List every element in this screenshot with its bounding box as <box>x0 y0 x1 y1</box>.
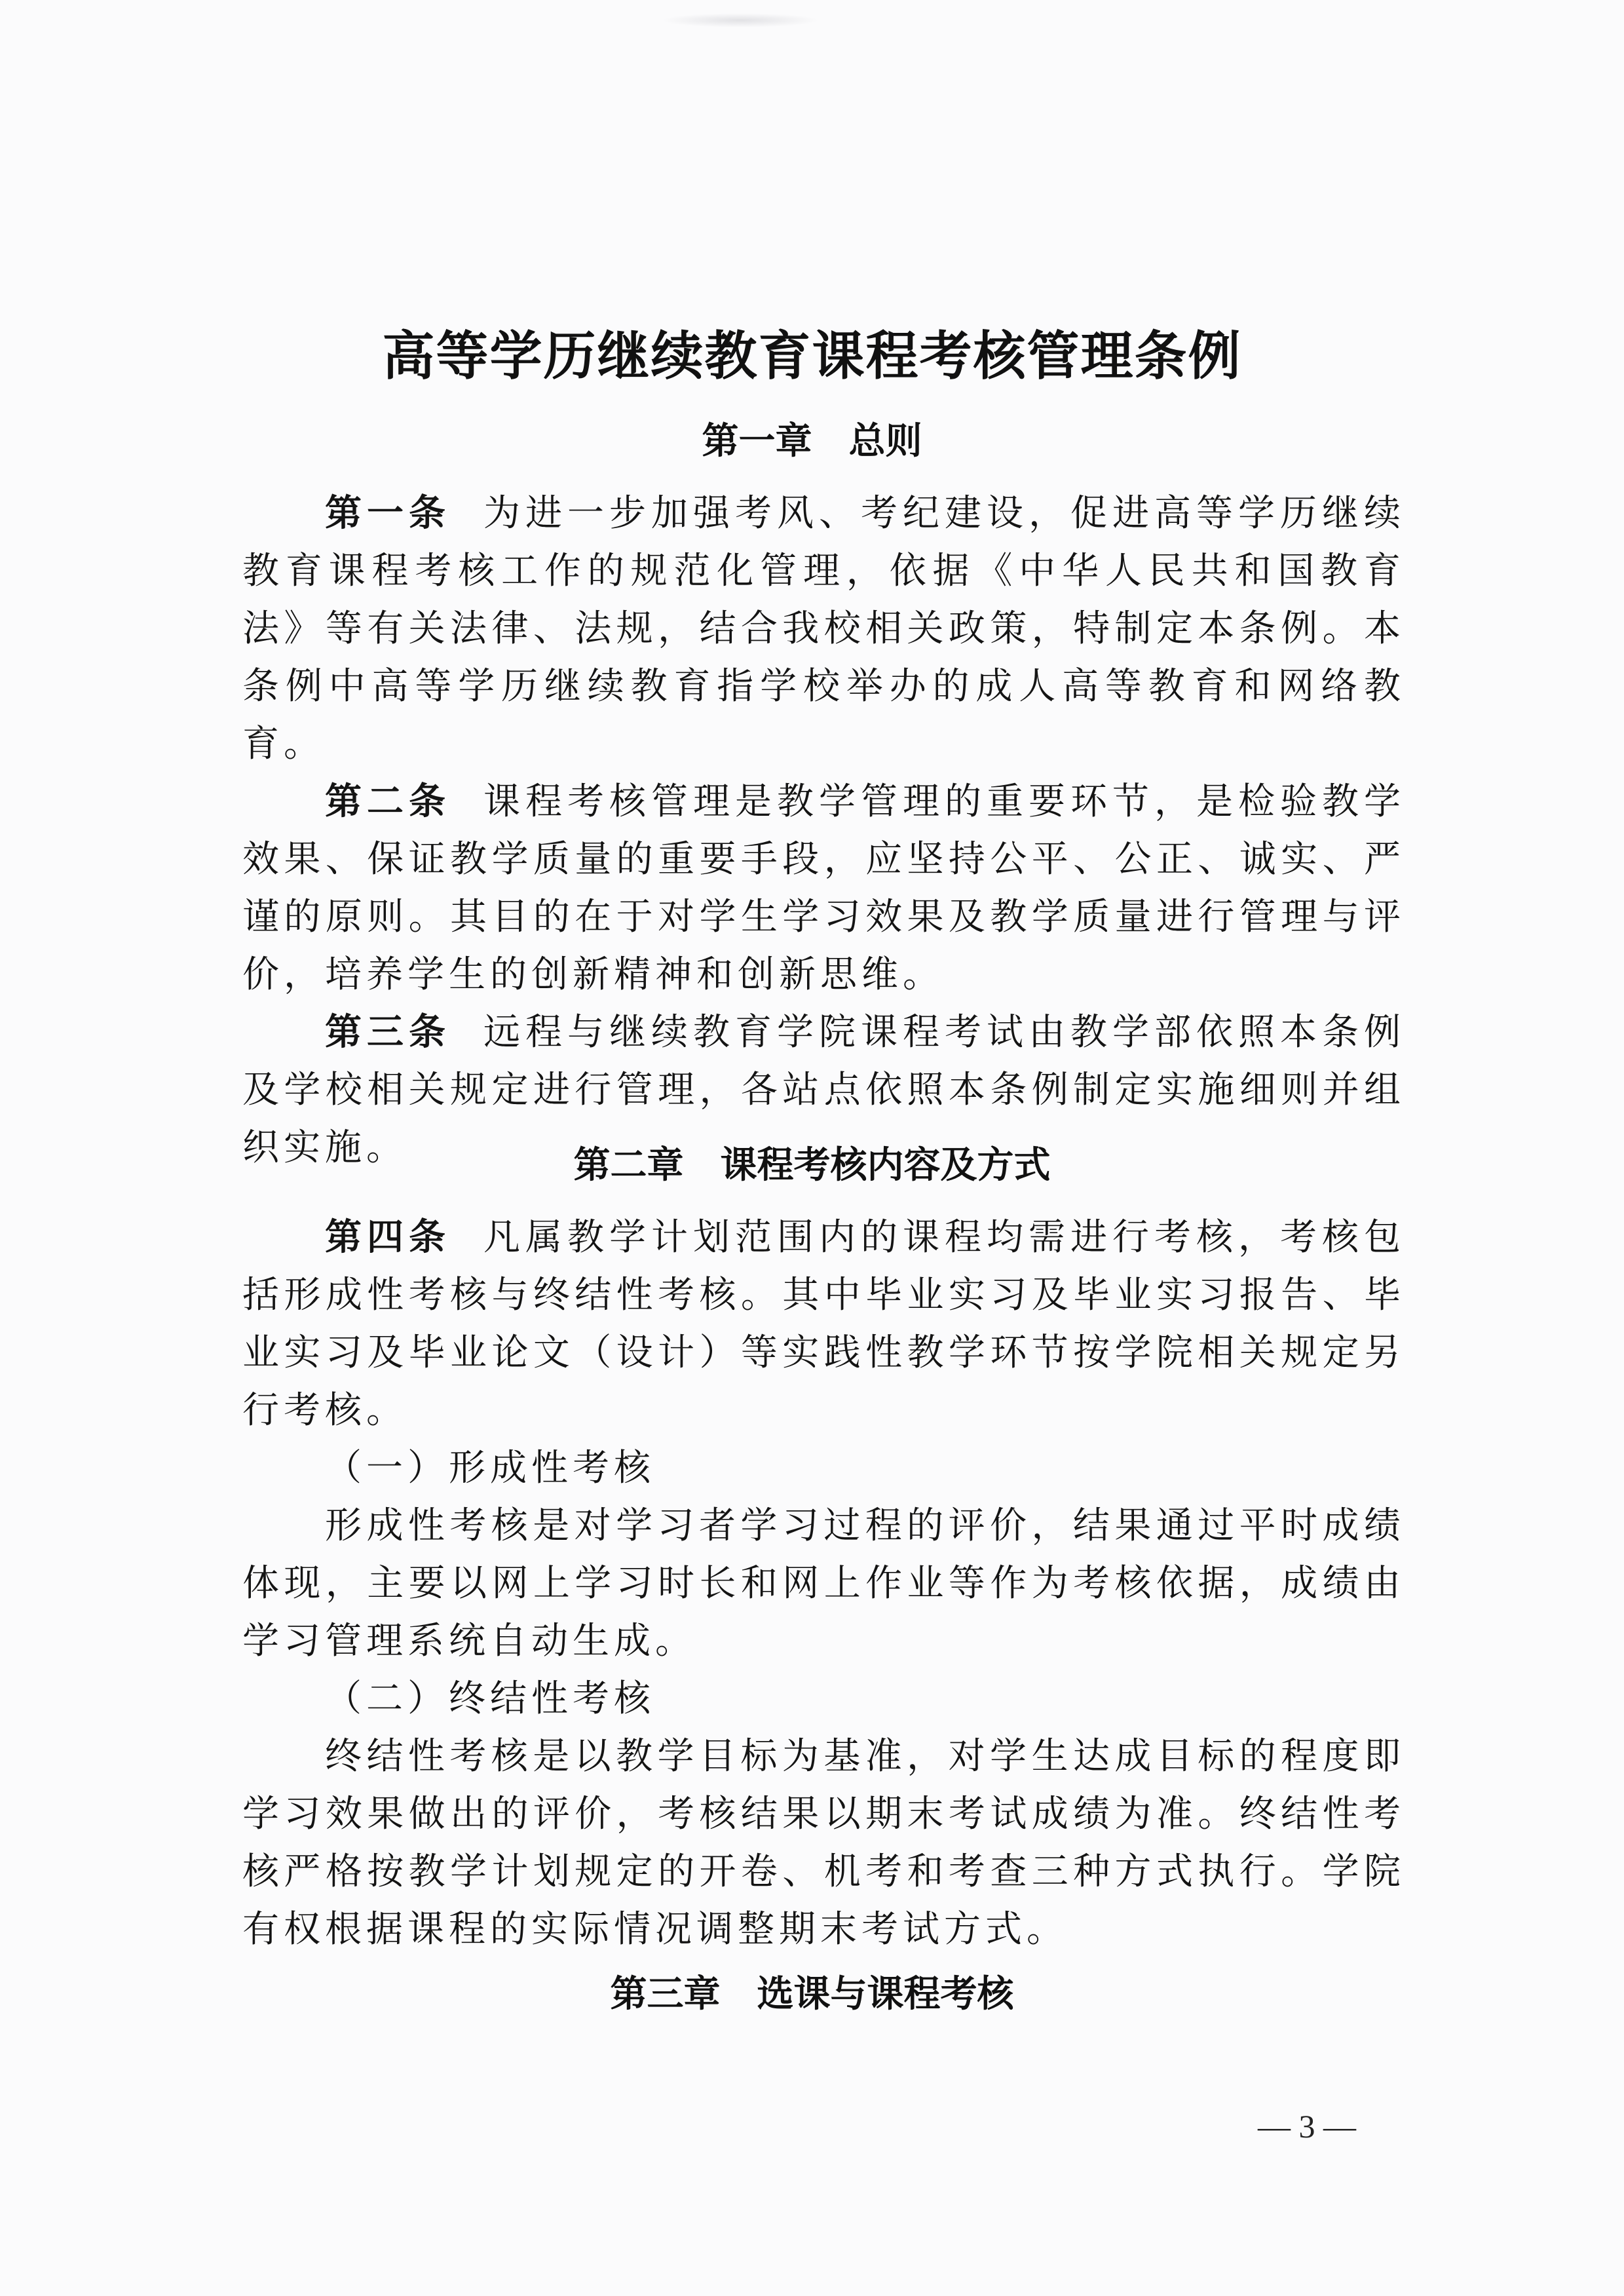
article-1: 第一条为进一步加强考风、考纪建设，促进高等学历继续教育课程考核工作的规范化管理，… <box>242 485 1405 773</box>
chapter-1-body: 第一条为进一步加强考风、考纪建设，促进高等学历继续教育课程考核工作的规范化管理，… <box>242 485 1405 1177</box>
chapter-heading-2: 第二章课程考核内容及方式 <box>0 1137 1624 1195</box>
document-page: 高等学历继续教育课程考核管理条例 第一章总则 第一条为进一步加强考风、考纪建设，… <box>0 0 1624 2296</box>
chapter-title: 选课与课程考核 <box>757 1973 1014 2016</box>
scan-artifact <box>662 13 819 28</box>
chapter-number: 第一章 <box>702 420 812 463</box>
document-title: 高等学历继续教育课程考核管理条例 <box>0 324 1624 389</box>
article-4: 第四条凡属教学计划范围内的课程均需进行考核，考核包括形成性考核与终结性考核。其中… <box>242 1209 1405 1440</box>
article-label: 第一条 <box>325 492 451 535</box>
chapter-title: 课程考核内容及方式 <box>721 1144 1051 1187</box>
section-heading-summative: （二）终结性考核 <box>242 1670 1405 1728</box>
chapter-2-body: 第四条凡属教学计划范围内的课程均需进行考核，考核包括形成性考核与终结性考核。其中… <box>242 1209 1405 1959</box>
article-2: 第二条课程考核管理是教学管理的重要环节，是检验教学效果、保证教学质量的重要手段，… <box>242 773 1405 1004</box>
article-label: 第二条 <box>325 780 451 823</box>
chapter-heading-3: 第三章选课与课程考核 <box>0 1966 1624 2023</box>
chapter-number: 第三章 <box>611 1973 721 2016</box>
section-heading-formative: （一）形成性考核 <box>242 1440 1405 1497</box>
chapter-heading-1: 第一章总则 <box>0 413 1624 470</box>
chapter-title: 总则 <box>849 420 922 463</box>
section-text-formative: 形成性考核是对学习者学习过程的评价，结果通过平时成绩体现，主要以网上学习时长和网… <box>242 1497 1405 1670</box>
chapter-number: 第二章 <box>574 1144 684 1187</box>
section-text-summative: 终结性考核是以教学目标为基准，对学生达成目标的程度即学习效果做出的评价，考核结果… <box>242 1728 1405 1959</box>
page-number: — 3 — <box>1258 2107 1356 2146</box>
article-label: 第三条 <box>325 1011 451 1054</box>
article-label: 第四条 <box>325 1216 451 1259</box>
